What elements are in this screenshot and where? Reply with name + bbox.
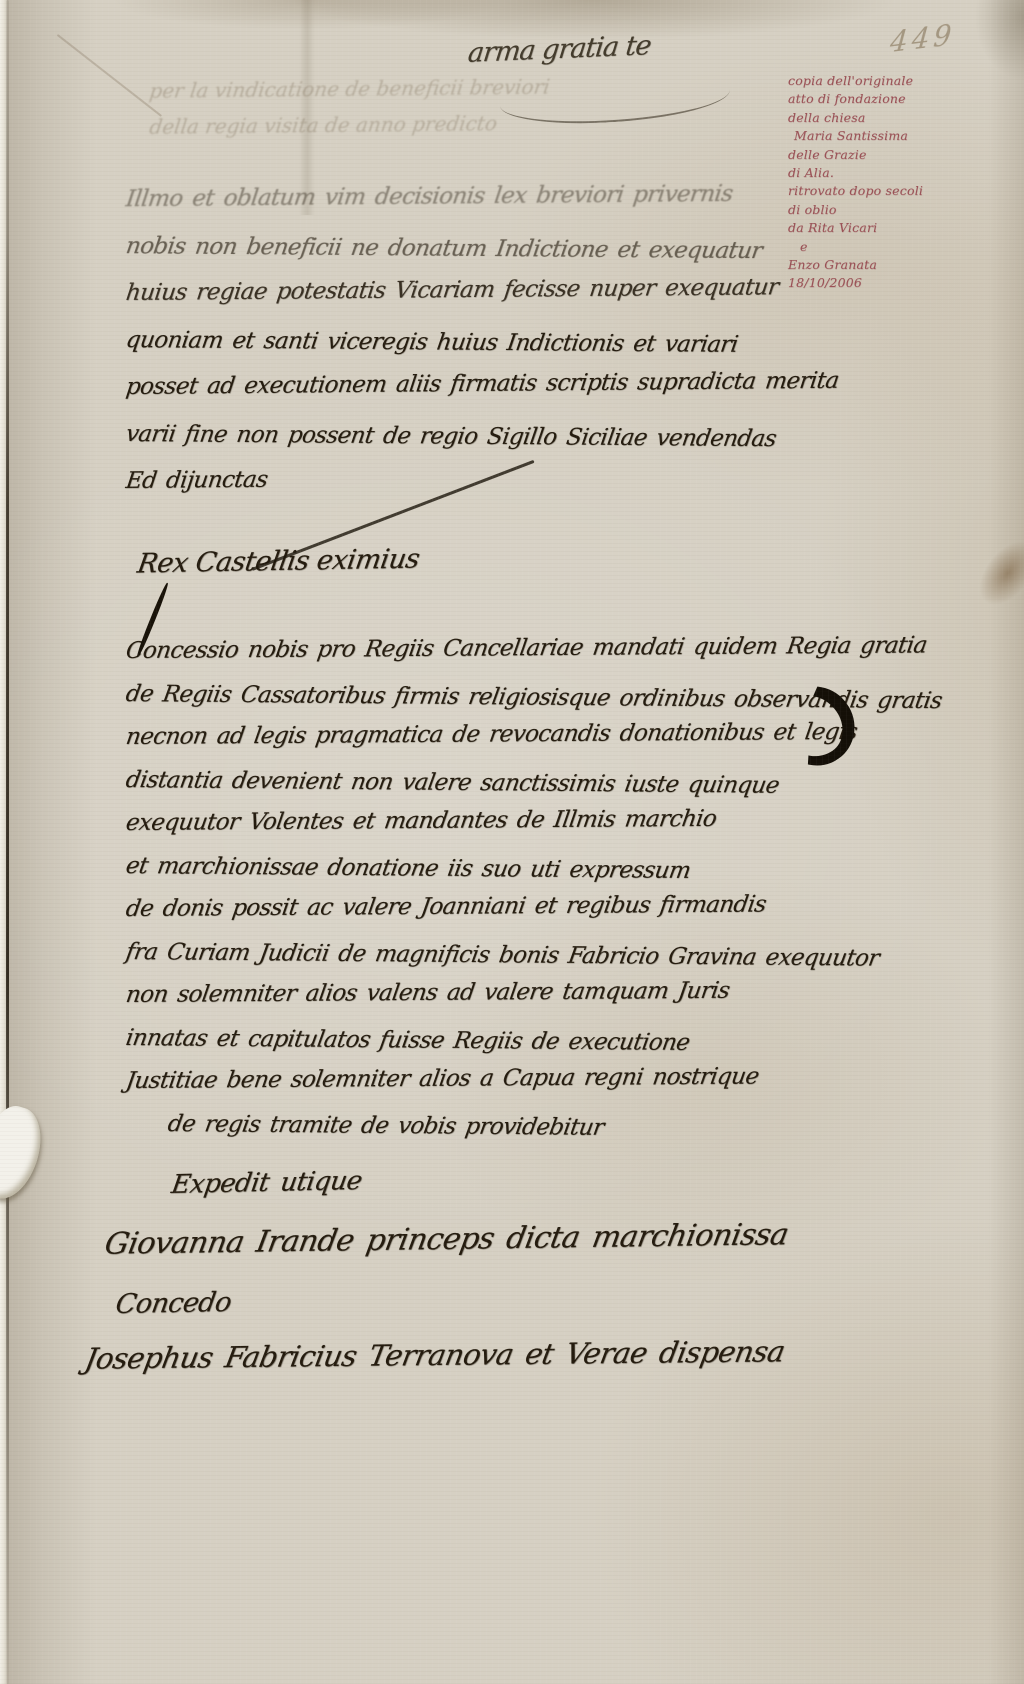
annotation-line: atto di fondazione xyxy=(788,90,1003,108)
corner-crease xyxy=(57,34,162,117)
handwritten-line: posset ad executionem aliis firmatis scr… xyxy=(123,358,820,411)
handwritten-line: de regis tramite de vobis providebitur xyxy=(164,1103,828,1152)
binding-shadow-line xyxy=(6,0,9,1684)
handwritten-line: Illmo et oblatum vim decisionis lex brev… xyxy=(123,170,820,223)
folio-number: 449 xyxy=(889,18,957,60)
annotation-line: copia dell'originale xyxy=(788,72,1003,90)
paragraph-1: Illmo et oblatum vim decisionis lex brev… xyxy=(126,176,816,505)
ghost-line: della regia visita de anno predicto xyxy=(147,103,733,145)
handwritten-line: exequutor Volentes et mandantes de Illmi… xyxy=(123,797,830,845)
signature-marchioness: Giovanna Irande princeps dicta marchioni… xyxy=(102,1217,791,1262)
closing-line-concedo: Concedo xyxy=(113,1287,233,1320)
handwritten-line: Justitiae bene solemniter alios a Capua … xyxy=(123,1055,830,1103)
annotation-line: Maria Santissima xyxy=(794,127,1003,145)
annotation-line: da Rita Vicari xyxy=(788,219,1003,237)
bleedthrough-text: per la vindicatione de beneficii brevior… xyxy=(150,70,730,142)
annotation-line: delle Grazie xyxy=(788,146,1003,164)
signature-notary: Josephus Fabricius Terranova et Verae di… xyxy=(82,1334,787,1375)
handwritten-line: Concessio nobis pro Regiis Cancellariae … xyxy=(123,625,830,673)
ink-stain xyxy=(968,530,1024,615)
annotation-line: della chiesa xyxy=(788,109,1003,127)
handwritten-line: Ed dijunctas xyxy=(123,452,820,505)
annotation-line: di Alia. xyxy=(788,164,1003,182)
paper-tear xyxy=(0,1100,50,1205)
paragraph-2: Concessio nobis pro Regiis Cancellariae … xyxy=(126,630,826,1146)
annotation-line: Enzo Granata xyxy=(788,256,1003,274)
archivist-annotation: copia dell'originaleatto di fondazionede… xyxy=(788,72,1003,293)
section-heading: Rex Castellis eximius xyxy=(135,544,421,580)
closing-line-expedit: Expedit utique xyxy=(169,1166,364,1200)
handwritten-line: huius regiae potestatis Vicariam fecisse… xyxy=(123,264,820,317)
annotation-line: di oblio xyxy=(788,201,1003,219)
handwritten-line: non solemniter alios valens ad valere ta… xyxy=(123,969,830,1017)
manuscript-page: 449 arma gratia te per la vindicatione d… xyxy=(0,0,1024,1684)
annotation-line: 18/10/2006 xyxy=(788,274,1003,292)
ghost-line: per la vindicatione de beneficii brevior… xyxy=(147,67,733,109)
header-inscription: arma gratia te xyxy=(466,30,652,69)
handwritten-line: necnon ad legis pragmatica de revocandis… xyxy=(123,711,830,759)
annotation-line: ritrovato dopo secoli xyxy=(788,182,1003,200)
annotation-line: e xyxy=(800,238,1003,256)
handwritten-line: de donis possit ac valere Joanniani et r… xyxy=(123,883,830,931)
